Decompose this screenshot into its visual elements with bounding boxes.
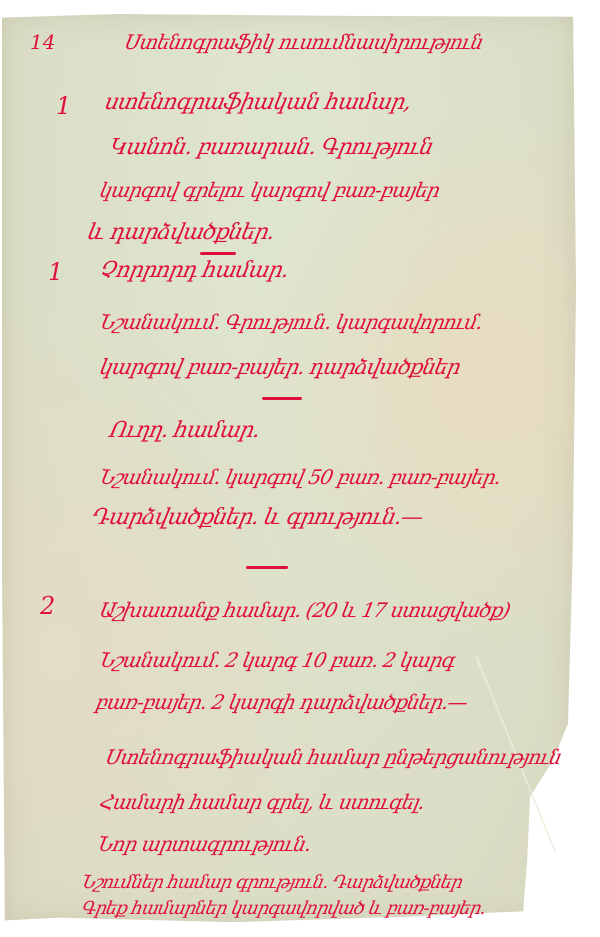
document-title: Ստենոգրաֆիկ ուսումնասիրություն xyxy=(122,30,485,54)
section-marker-3: 2 xyxy=(40,592,55,620)
section-4-line-1: Աշխատանք համար. (20 և 17 ստացվածք) xyxy=(97,598,512,622)
section-4-line-7: Նշումներ համար գրություն. Դարձվածքներ xyxy=(80,872,464,893)
section-3-line-2: Նշանակում. կարգով 50 բառ. բառ-բայեր. xyxy=(97,465,502,489)
underline-mark xyxy=(262,397,302,400)
section-2-line-3: կարգով բառ-բայեր. դարձվածքներ xyxy=(97,355,462,379)
section-3-line-1: Ուղղ. համար. xyxy=(107,418,262,443)
section-1-line-4: և դարձվածքներ. xyxy=(85,220,276,245)
underline-mark xyxy=(200,252,236,255)
section-4-line-2: Նշանակում. 2 կարգ 10 բառ. 2 կարգ xyxy=(97,648,457,672)
section-1-line-2: Կանոն. բառարան. Գրություն xyxy=(107,135,435,160)
section-4-line-6: Նոր արտագրություն. xyxy=(95,832,313,856)
separator-dash xyxy=(246,566,288,569)
section-4-line-8: Գրեք համարներ կարգավորված և բառ-բայեր. xyxy=(80,898,488,919)
section-2-line-2: Նշանակում. Գրություն. կարգավորում. xyxy=(97,310,484,334)
section-4-line-5: Համարի համար գրել, և ստուգել. xyxy=(97,790,426,814)
section-2-line-1: Չորրորդ համար. xyxy=(97,258,290,283)
section-4-line-3: բառ-բայեր. 2 կարգի դարձվածքներ.— xyxy=(93,690,469,714)
section-1-line-3: կարգով գրելու կարգով բառ-բայեր xyxy=(97,178,441,202)
page-number: 14 xyxy=(30,30,55,54)
section-4-line-4: Ստենոգրաֆիական համար ընթերցանություն xyxy=(103,745,563,769)
section-1-line-1: ստենոգրաֆիական համար, xyxy=(102,90,413,115)
section-3-line-3: Դարձվածքներ. և գրություն.— xyxy=(89,505,424,530)
section-marker-1: 1 xyxy=(56,92,71,120)
section-marker-2: 1 xyxy=(48,258,63,286)
